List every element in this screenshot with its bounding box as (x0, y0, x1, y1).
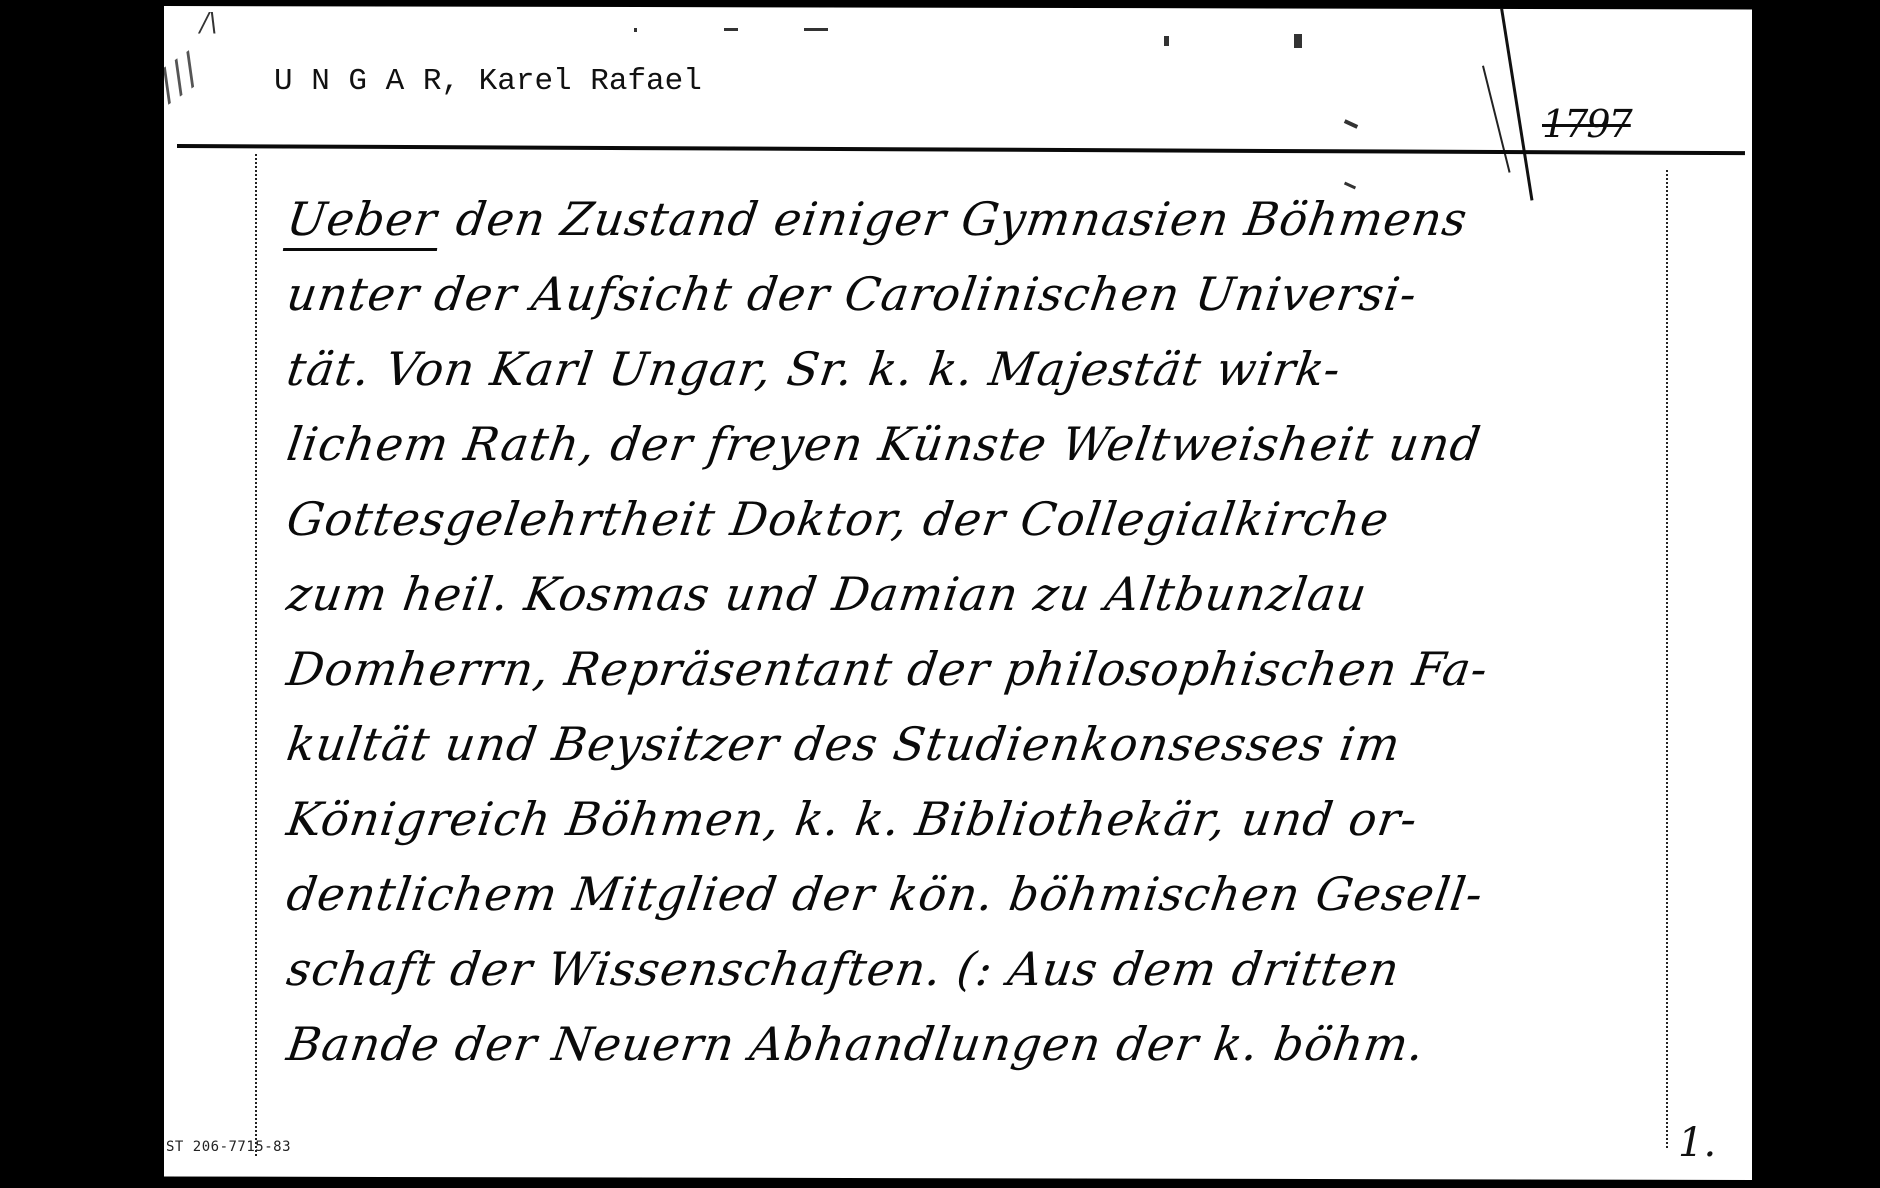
year-annotation: 1797 (1542, 102, 1631, 146)
archive-stamp: ST 206-7715-83 (166, 1139, 291, 1155)
left-margin-dotted-line (255, 154, 257, 1156)
text-line-1-rest: den Zustand einiger Gymnasien Böhmens (437, 192, 1471, 246)
text-line-9: Königreich Böhmen, k. k. Bibliothekär, u… (282, 782, 1693, 857)
pencil-mark-top-left: /\ (200, 8, 218, 38)
scan-speck (1344, 119, 1358, 129)
index-card: /\ / / / U N G A R, Karel Rafael 1797 Ue… (164, 6, 1752, 1180)
scan-speck (634, 28, 637, 32)
text-line-11: schaft der Wissenschaften. (: Aus dem dr… (282, 932, 1693, 1007)
scan-speck (724, 28, 738, 31)
underlined-first-word: Ueber (283, 190, 445, 251)
diagonal-pencil-stroke-faint (1482, 66, 1511, 173)
scan-speck (804, 28, 828, 31)
handwritten-entry: Ueber den Zustand einiger Gymnasien Böhm… (282, 182, 1682, 1082)
text-line-1: Ueber den Zustand einiger Gymnasien Böhm… (282, 182, 1693, 257)
header-rule (177, 144, 1745, 155)
card-title: U N G A R, Karel Rafael (274, 64, 702, 100)
text-line-2: unter der Aufsicht der Carolinischen Uni… (282, 257, 1693, 332)
scan-speck (1164, 36, 1169, 46)
text-line-10: dentlichem Mitglied der kön. böhmischen … (282, 857, 1693, 932)
page-number: 1. (1678, 1120, 1716, 1166)
text-line-4: lichem Rath, der freyen Künste Weltweish… (282, 407, 1693, 482)
text-line-7: Domherrn, Repräsentant der philosophisch… (282, 632, 1693, 707)
text-line-3: tät. Von Karl Ungar, Sr. k. k. Majestät … (282, 332, 1693, 407)
diagonal-pencil-stroke (1500, 8, 1533, 201)
text-line-12: Bande der Neuern Abhandlungen der k. böh… (282, 1007, 1693, 1082)
text-line-6: zum heil. Kosmas und Damian zu Altbunzla… (282, 557, 1693, 632)
scan-speck (1294, 34, 1302, 48)
text-line-8: kultät und Beysitzer des Studienkonsesse… (282, 707, 1693, 782)
text-line-5: Gottesgelehrtheit Doktor, der Collegialk… (282, 482, 1693, 557)
